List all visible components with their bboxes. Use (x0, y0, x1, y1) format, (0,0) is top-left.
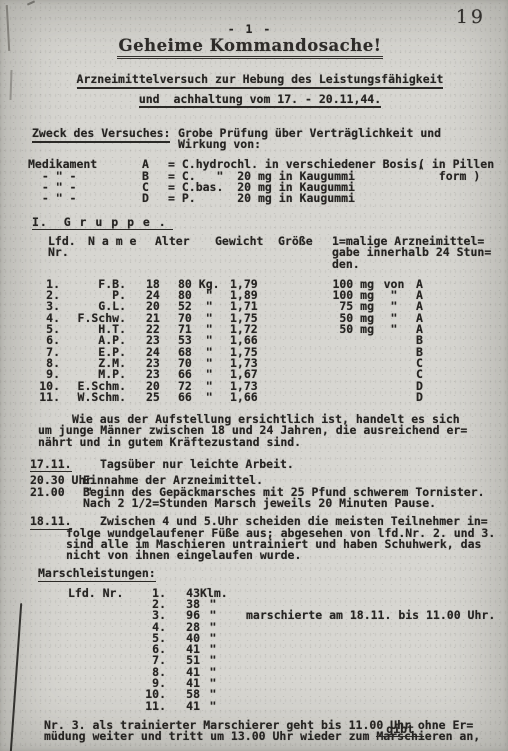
march-note (226, 633, 508, 644)
table-row: 1. F.B. 18 80 Kg. 1,79 100 mgvonA (30, 279, 508, 290)
dose-amount: 50 mg (280, 324, 374, 335)
diary-date: 17.11. (30, 459, 72, 472)
header-name: N a m e (66, 236, 128, 247)
cell-name: W.Schm. (66, 392, 128, 403)
group-heading: I. G r u p p e . (32, 217, 508, 230)
diary-text: Nach 2 1/2=Stunden Marsch jeweils 20 Min… (83, 498, 508, 509)
header-groesse: Größe (224, 236, 280, 247)
march-note: marschierte am 18.11. bis 11.00 Uhr. (226, 610, 508, 621)
closing-paragraph: Nr. 3. als trainierter Marschierer geht … (44, 720, 508, 743)
march-note (226, 678, 508, 689)
header-gewicht: Gewicht (178, 236, 224, 247)
intro-paragraph: Wie aus der Aufstellung ersichtlich ist,… (38, 414, 488, 448)
march-note (226, 689, 508, 700)
dose-amount (280, 335, 374, 346)
cell-gewicht: 66 " (178, 392, 224, 403)
march-distance: 41 (166, 701, 200, 712)
dose-von (374, 347, 414, 358)
diary-entry-17-11: 17.11. Tagsüber nur leichte Arbeit. (58, 459, 508, 470)
diary-text: Tagsüber nur leichte Arbeit. (100, 459, 508, 470)
purpose-section: Zweck des Versuches: Grobe Prüfung über … (32, 128, 508, 151)
diary-entry-21-00: 21.00 " Beginn des Gepäckmarsches mit 25… (58, 487, 508, 510)
title-line-1: Arzneimittelversuch zur Hebung des Leist… (77, 74, 444, 88)
dose-amount (280, 347, 374, 358)
dose-amount (280, 392, 374, 403)
subjects-table: Lfd. N a m e Alter Gewicht Größe 1=malig… (30, 236, 508, 403)
page-number: 19 (456, 12, 486, 23)
header-dose-line-3: den. (280, 259, 508, 270)
medication-letter: D (140, 193, 168, 204)
march-note (226, 701, 508, 712)
dose-amount (280, 358, 374, 369)
cell-dose: D (280, 392, 508, 403)
header-alter: Alter (128, 236, 178, 247)
dose-von (374, 335, 414, 346)
dose-von (374, 369, 414, 380)
medication-list: Medikament A = C.hydrochl. in verschiede… (28, 159, 508, 204)
medication-note: form ) (418, 171, 508, 182)
dose-von (374, 381, 414, 392)
catchword: gibt (376, 724, 424, 737)
march-performance-heading: Marschleistungen: (38, 568, 508, 581)
paragraph-line: nährt und in gutem Kräftezustand sind. (38, 437, 488, 448)
march-note (226, 644, 508, 655)
dose-von (374, 392, 414, 403)
subjects-table-header: Lfd. N a m e Alter Gewicht Größe 1=malig… (30, 236, 508, 270)
cell-groesse: 1,66 (224, 392, 280, 403)
medication-label: - " - (28, 193, 140, 204)
march-note (226, 667, 508, 678)
cell-nr: 11. (30, 392, 66, 403)
cell-dose: B (280, 347, 508, 358)
diary-date: 18.11. (30, 516, 72, 529)
cell-dose: 50 mg"A (280, 324, 508, 335)
march-nr: 11. (140, 701, 166, 712)
diary-time: 21.00 " (30, 487, 92, 498)
march-note (226, 655, 508, 666)
march-note (226, 588, 508, 599)
cell-dose: D (280, 381, 508, 392)
dose-medication: D (414, 392, 423, 403)
march-note (226, 622, 508, 633)
medication-description: = P. 20 mg in Kaugummi (168, 193, 418, 204)
cell-dose: C (280, 369, 508, 380)
diary-entry-18-11: 18.11. Zwischen 4 und 5.Uhr scheiden die… (58, 516, 508, 561)
dose-von: " (374, 324, 414, 335)
march-unit: " (200, 701, 226, 712)
medication-note (418, 182, 508, 193)
dose-von (374, 358, 414, 369)
march-list-label: Lfd. Nr. (68, 588, 123, 599)
cell-alter: 25 (128, 392, 178, 403)
secret-stamp: Geheime Kommandosache! (117, 37, 384, 59)
march-row: 11. 41 " (140, 701, 508, 712)
diary-section: 17.11. Tagsüber nur leichte Arbeit. 20.3… (58, 459, 508, 561)
header-dose-line-2: gabe innerhalb 24 Stun= (280, 247, 508, 258)
header-nr: Nr. (30, 247, 66, 258)
dose-amount (280, 381, 374, 392)
medication-row: - " - D = P. 20 mg in Kaugummi (28, 193, 508, 204)
dose-amount (280, 369, 374, 380)
table-row: 11. W.Schm. 25 66 " 1,66 D (30, 392, 508, 403)
title-line-2: und achhaltung vom 17. - 20.11,44. (139, 94, 381, 108)
march-list: Lfd. Nr. 1. 43 Klm. 2. 38 " 3. 96 " mars… (68, 588, 508, 712)
closing-line: müdung weiter und tritt um 13.00 Uhr wie… (44, 731, 508, 742)
cell-dose: B (280, 335, 508, 346)
medication-note (418, 193, 508, 204)
page-marker: - 1 - (30, 24, 470, 35)
document-page: 19 - 1 - Geheime Kommandosache! Arzneimi… (0, 0, 508, 751)
document-title: Arzneimittelversuch zur Hebung des Leist… (30, 74, 490, 108)
diary-text: nicht von ihnen eingelaufen wurde. (66, 550, 508, 561)
cell-dose: C (280, 358, 508, 369)
purpose-text-line-2: Wirkung von: (178, 139, 441, 150)
purpose-label: Zweck des Versuches: (32, 126, 170, 143)
